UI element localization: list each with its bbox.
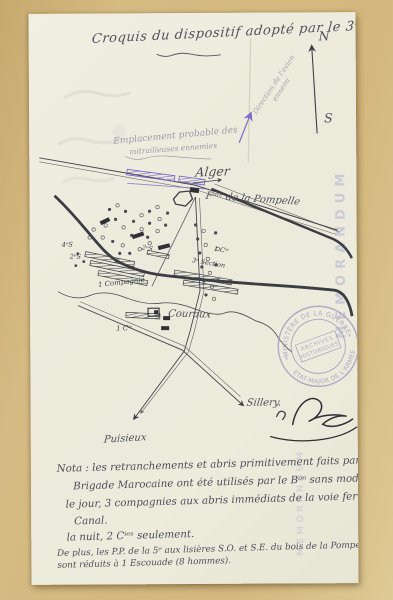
note-line-5: la nuit, 2 Cⁱᵉˢ seulement. (66, 528, 194, 544)
note-line-4: Canal. (74, 514, 108, 527)
note-block: Nota : les retranchements et abris primi… (29, 12, 359, 585)
note-line-2: Brigade Marocaine ont été utilisés par l… (73, 471, 358, 492)
note-line-1: Nota : les retranchements et abris primi… (57, 454, 359, 475)
scanned-document: MEMORANDUM MEMORANDUM (0, 0, 393, 600)
note-line-3: le jour, 3 compagnies aux abris immédiat… (66, 489, 359, 510)
paper-sheet: MEMORANDUM MEMORANDUM (29, 12, 359, 585)
note-line-7: sont réduits à 1 Escouade (8 hommes). (57, 556, 231, 571)
